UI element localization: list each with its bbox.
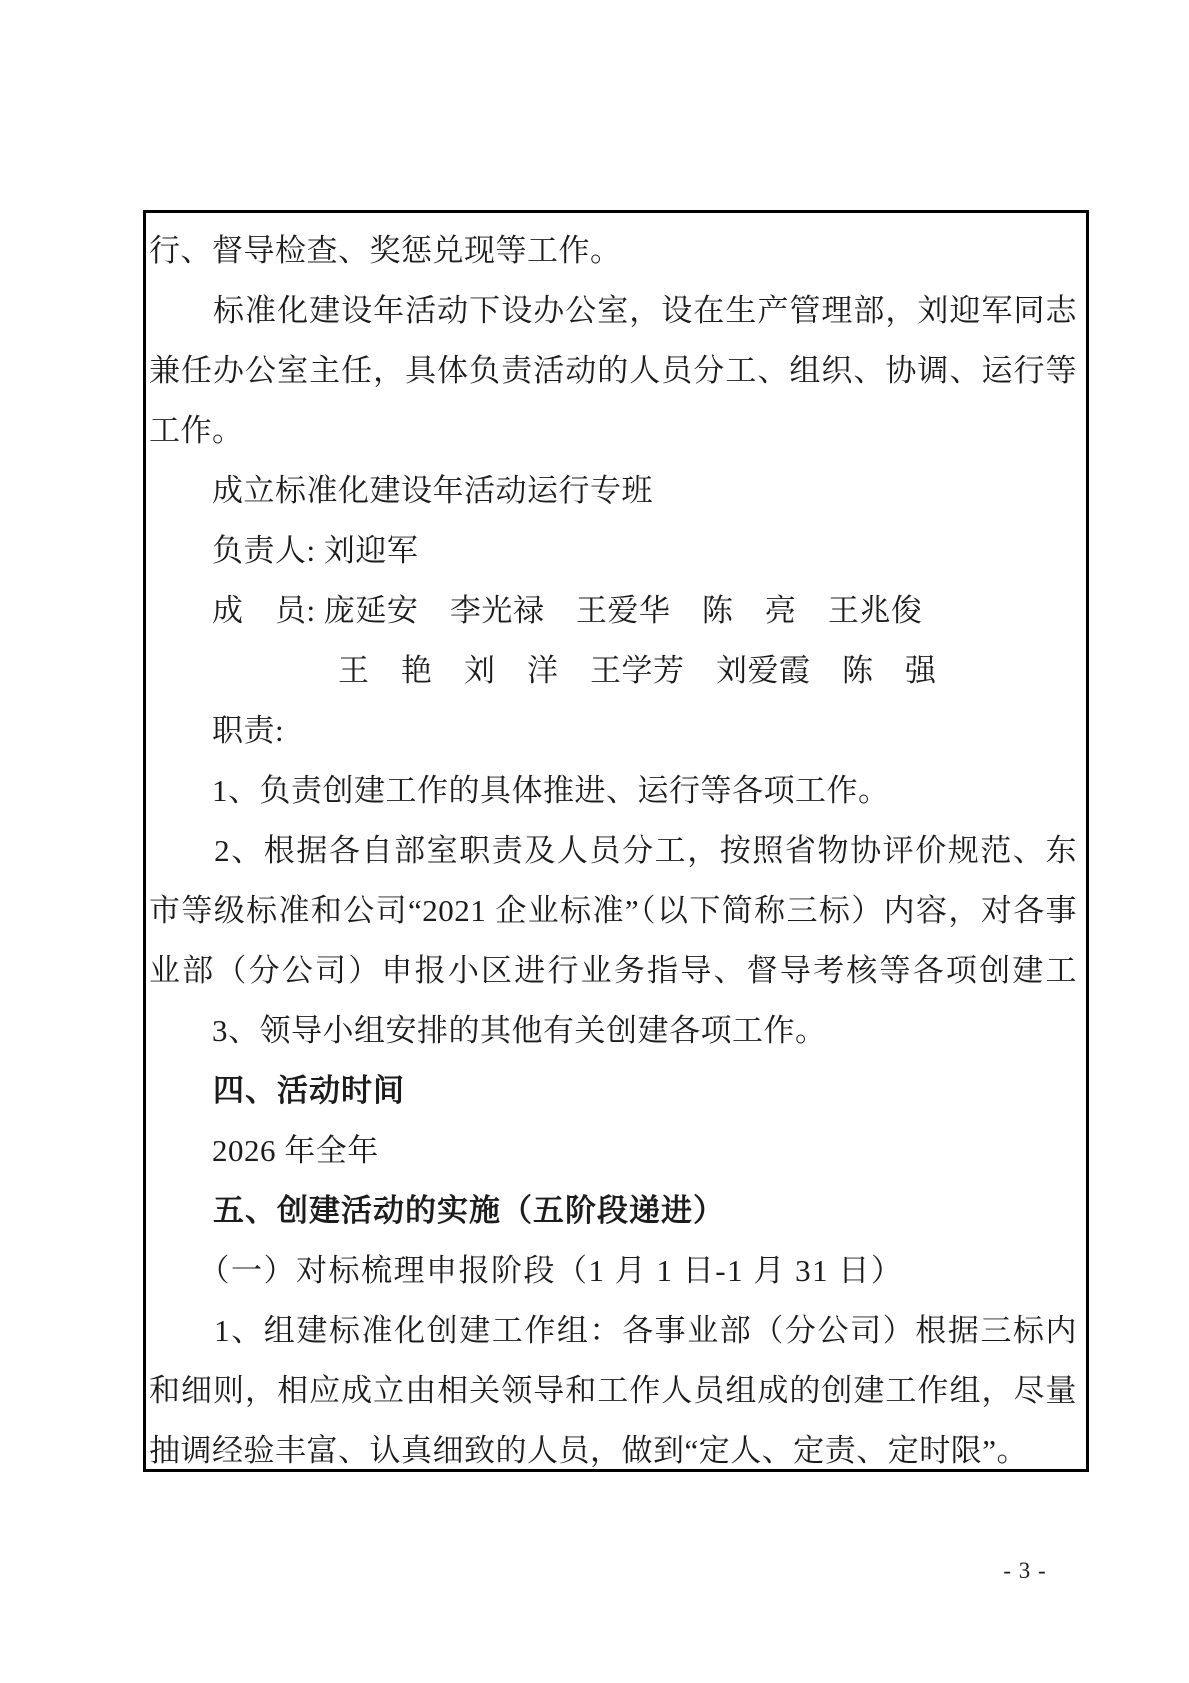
text-line: 抽调经验丰富、认真细致的人员，做到“定人、定责、定时限”。: [149, 1421, 1077, 1472]
text-line: 兼任办公室主任，具体负责活动的人员分工、组织、协调、运行等: [149, 341, 1077, 401]
text-line: 市等级标准和公司“2021 企业标准”（以下简称三标）内容，对各事: [149, 881, 1077, 941]
text-line-members-row-2: 王 艳 刘 洋 王学芳 刘爱霞 陈 强: [149, 641, 1077, 701]
text-line: 标准化建设年活动下设办公室，设在生产管理部，刘迎军同志: [149, 281, 1077, 341]
text-line-stage-item-1: 1、组建标准化创建工作组：各事业部（分公司）根据三标内容: [149, 1301, 1077, 1361]
text-line-special-team: 成立标准化建设年活动运行专班: [149, 461, 1077, 521]
document-text-frame: 行、督导检查、奖惩兑现等工作。 标准化建设年活动下设办公室，设在生产管理部，刘迎…: [143, 210, 1089, 1472]
page-number: - 3 -: [985, 1558, 1065, 1584]
subheading-stage-1: （一）对标梳理申报阶段（1 月 1 日-1 月 31 日）: [149, 1241, 1077, 1301]
text-line: 工作。: [149, 401, 1077, 461]
text-line-duty-1: 1、负责创建工作的具体推进、运行等各项工作。: [149, 761, 1077, 821]
text-line-leader: 负责人: 刘迎军: [149, 521, 1077, 581]
text-line: 业部（分公司）申报小区进行业务指导、督导考核等各项创建工作。: [149, 941, 1077, 1001]
text-line: 行、督导检查、奖惩兑现等工作。: [149, 221, 1077, 281]
text-line: 和细则，相应成立由相关领导和工作人员组成的创建工作组，尽量: [149, 1361, 1077, 1421]
heading-section-4: 四、活动时间: [149, 1061, 1077, 1121]
text-line-members-row-1: 成 员: 庞延安 李光禄 王爱华 陈 亮 王兆俊: [149, 581, 1077, 641]
text-line-duty-2: 2、根据各自部室职责及人员分工，按照省物协评价规范、东营: [149, 821, 1077, 881]
text-line-duty-3: 3、领导小组安排的其他有关创建各项工作。: [149, 1001, 1077, 1061]
heading-section-5: 五、创建活动的实施（五阶段递进）: [149, 1181, 1077, 1241]
document-page: 行、督导检查、奖惩兑现等工作。 标准化建设年活动下设办公室，设在生产管理部，刘迎…: [0, 0, 1189, 1683]
text-line-duties-label: 职责:: [149, 701, 1077, 761]
text-line-activity-time: 2026 年全年: [149, 1121, 1077, 1181]
